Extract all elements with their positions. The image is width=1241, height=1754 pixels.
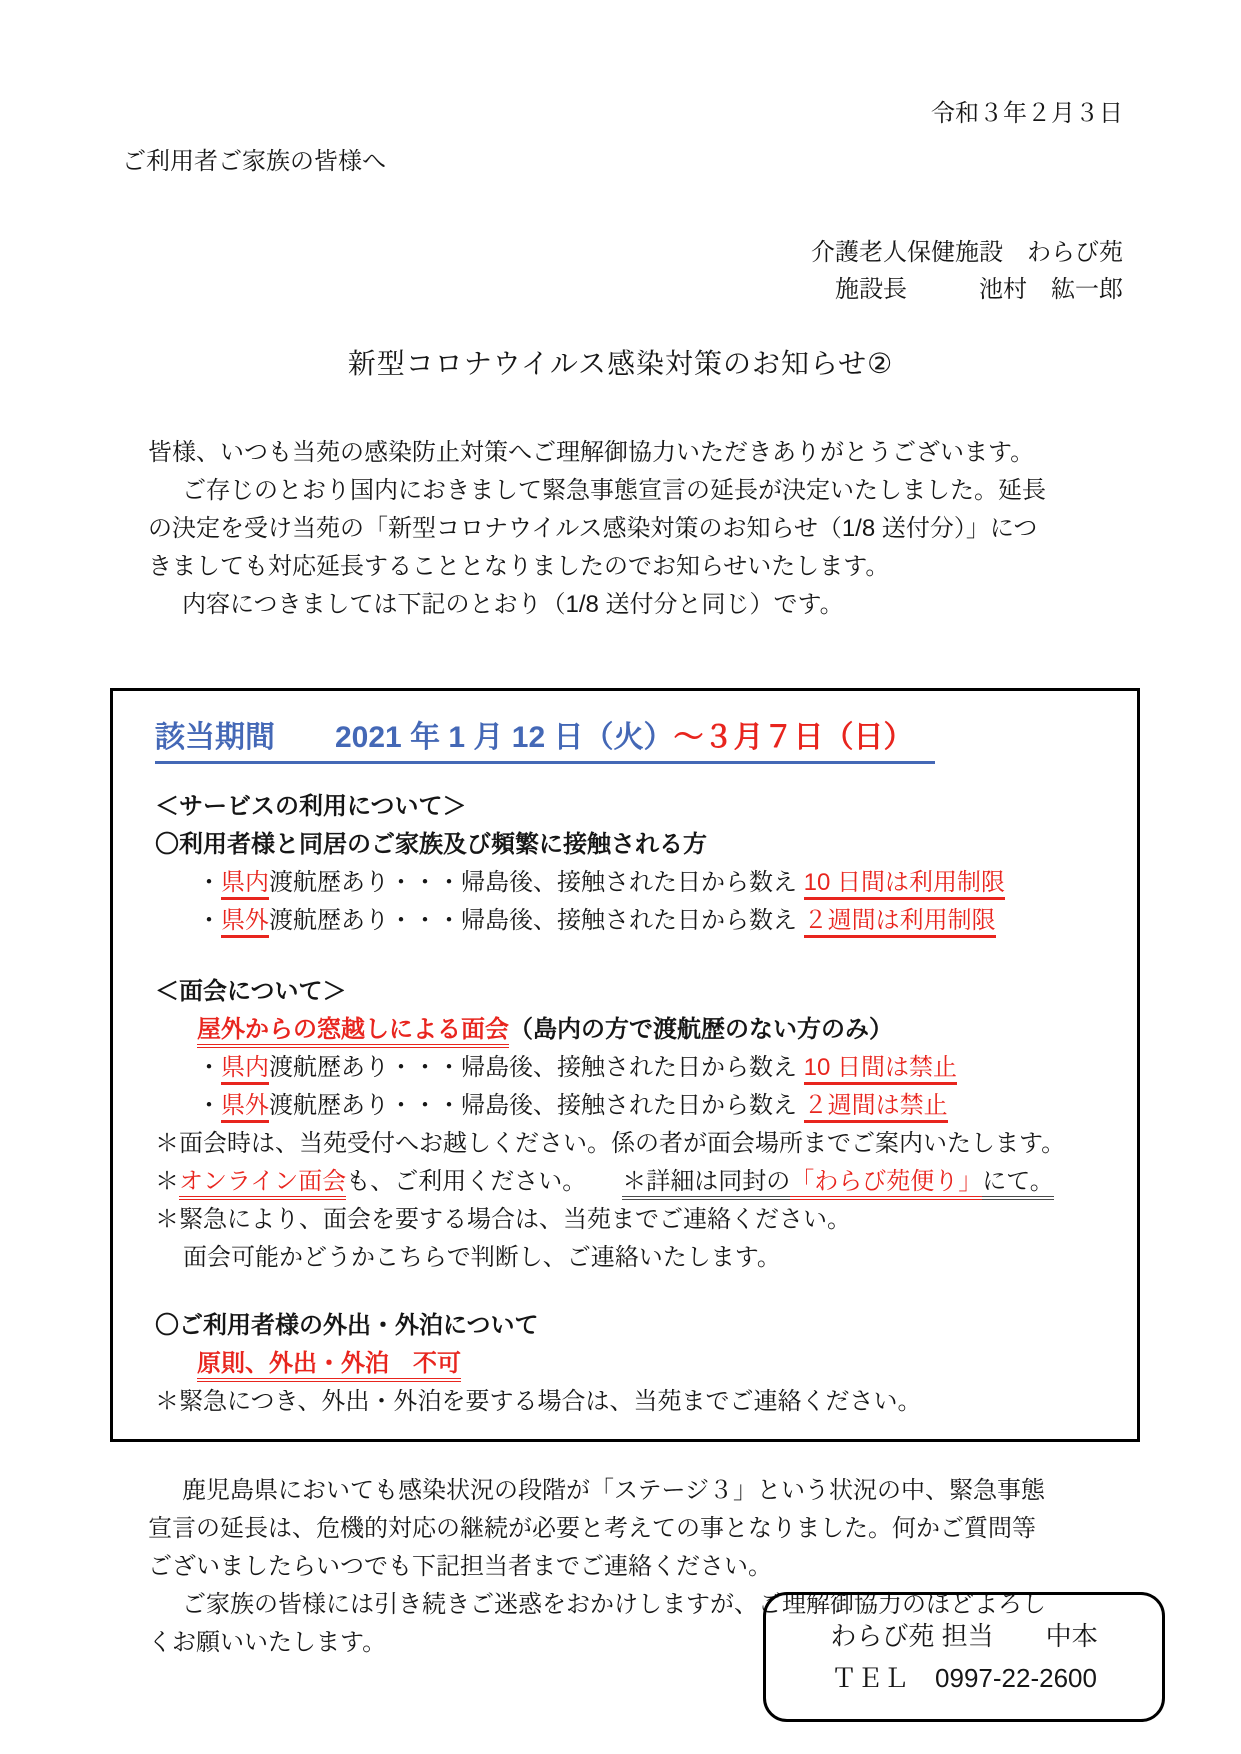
intro-line: ご存じのとおり国内におきまして緊急事態宣言の延長が決定いたしました。延長 bbox=[148, 472, 1141, 510]
salutation: ご利用者ご家族の皆様へ bbox=[122, 146, 1241, 178]
text-segment: ＊ bbox=[155, 1168, 179, 1195]
visit-travel-bullet: ・県内渡航歴あり・・・帰島後、接触された日から数え 10 日間は禁止 bbox=[197, 1049, 1119, 1087]
text-segment: 10 日間は禁止 bbox=[804, 1054, 957, 1085]
visits-section-heading: ＜面会について＞ bbox=[155, 973, 1119, 1011]
intro-line: きましても対応延長することとなりましたのでお知らせいたします。 bbox=[148, 548, 1141, 586]
text-segment: 屋外からの窓越しによる面会 bbox=[197, 1016, 509, 1048]
contact-tel-line: ＴＥＬ 0997-22-2600 bbox=[831, 1657, 1097, 1699]
text-segment: 県外 bbox=[221, 1092, 269, 1123]
visit-note-online: ＊オンライン面会も、ご利用ください。 ＊詳細は同封の「わらび苑便り」にて。 bbox=[155, 1163, 1119, 1201]
text-segment: （島内の方で渡航歴のない方のみ） bbox=[509, 1016, 893, 1043]
applicable-period-text: 該当期間 2021 年 1 月 12 日（火）～３月７日（日） bbox=[155, 719, 935, 764]
notice-box: 該当期間 2021 年 1 月 12 日（火）～３月７日（日） ＜サービスの利用… bbox=[110, 688, 1140, 1442]
text-segment: ・ bbox=[197, 1092, 221, 1119]
contact-person-line: わらび苑 担当 中本 bbox=[830, 1615, 1097, 1657]
document-title: 新型コロナウイルス感染対策のお知らせ② bbox=[0, 342, 1241, 382]
text-segment: ２週間は禁止 bbox=[804, 1092, 948, 1123]
outing-note: ＊緊急につき、外出・外泊を要する場合は、当苑までご連絡ください。 bbox=[155, 1383, 1119, 1421]
text-segment: 「わらび苑便り」 bbox=[790, 1168, 982, 1200]
sender-org: 介護老人保健施設 わらび苑 bbox=[0, 234, 1123, 271]
visit-note-emergency: ＊緊急により、面会を要する場合は、当苑までご連絡ください。 bbox=[155, 1201, 1119, 1239]
text-segment: 渡航歴あり・・・帰島後、接触された日から数え bbox=[269, 1054, 804, 1081]
contact-box: わらび苑 担当 中本 ＴＥＬ 0997-22-2600 bbox=[763, 1592, 1165, 1722]
text-segment: 該当期間 2021 年 1 月 12 日（火） bbox=[155, 721, 673, 754]
text-segment: 県内 bbox=[221, 1054, 269, 1085]
text-segment: ・ bbox=[197, 907, 221, 934]
visit-note-reception: ＊面会時は、当苑受付へお越しください。係の者が面会場所までご案内いたします。 bbox=[155, 1125, 1119, 1163]
intro-paragraph: 皆様、いつも当苑の感染防止対策へご理解御協力いただきありがとうございます。 ご存… bbox=[148, 434, 1141, 624]
text-segment: 渡航歴あり・・・帰島後、接触された日から数え bbox=[269, 907, 804, 934]
closing-line: 宣言の延長は、危機的対応の継続が必要と考えての事となりました。何かご質問等 bbox=[148, 1510, 1141, 1548]
text-segment: ・ bbox=[197, 869, 221, 896]
text-segment: オンライン面会 bbox=[179, 1168, 346, 1200]
sender-person: 施設長 池村 紘一郎 bbox=[0, 271, 1123, 308]
closing-line: 鹿児島県においても感染状況の段階が「ステージ３」という状況の中、緊急事態 bbox=[148, 1472, 1141, 1510]
intro-line: 内容につきましては下記のとおり（1/8 送付分と同じ）です。 bbox=[148, 586, 1141, 624]
visit-travel-bullet: ・県外渡航歴あり・・・帰島後、接触された日から数え ２週間は禁止 bbox=[197, 1087, 1119, 1125]
outing-rule: 原則、外出・外泊 不可 bbox=[197, 1345, 1119, 1383]
service-travel-bullet: ・県内渡航歴あり・・・帰島後、接触された日から数え 10 日間は利用制限 bbox=[197, 864, 1119, 902]
text-segment: ２週間は利用制限 bbox=[804, 907, 996, 938]
text-segment: も、ご利用ください。 bbox=[346, 1168, 622, 1195]
closing-line: ございましたらいつでも下記担当者までご連絡ください。 bbox=[148, 1548, 1141, 1586]
text-segment: ＊詳細は同封の bbox=[622, 1168, 790, 1200]
text-segment: 県外 bbox=[221, 907, 269, 938]
visit-note-emergency-cont: 面会可能かどうかこちらで判断し、ご連絡いたします。 bbox=[183, 1239, 1119, 1277]
text-segment: にて。 bbox=[982, 1168, 1054, 1200]
document-page: 令和３年２月３日 ご利用者ご家族の皆様へ 介護老人保健施設 わらび苑 施設長 池… bbox=[0, 0, 1241, 1754]
service-travel-bullet: ・県外渡航歴あり・・・帰島後、接触された日から数え ２週間は利用制限 bbox=[197, 902, 1119, 940]
text-segment: 原則、外出・外泊 不可 bbox=[197, 1350, 461, 1382]
text-segment: 県内 bbox=[221, 869, 269, 900]
intro-line: の決定を受け当苑の「新型コロナウイルス感染対策のお知らせ（1/8 送付分）」につ bbox=[148, 510, 1141, 548]
sender-block: 介護老人保健施設 わらび苑 施設長 池村 紘一郎 bbox=[0, 234, 1241, 308]
service-subheading: 〇利用者様と同居のご家族及び頻繁に接触される方 bbox=[155, 826, 1119, 864]
applicable-period-line: 該当期間 2021 年 1 月 12 日（火）～３月７日（日） bbox=[155, 719, 1119, 764]
text-segment: 渡航歴あり・・・帰島後、接触された日から数え bbox=[269, 1092, 804, 1119]
service-section-heading: ＜サービスの利用について＞ bbox=[155, 788, 1119, 826]
intro-line: 皆様、いつも当苑の感染防止対策へご理解御協力いただきありがとうございます。 bbox=[148, 434, 1141, 472]
text-segment: 10 日間は利用制限 bbox=[804, 869, 1005, 900]
window-visit-line: 屋外からの窓越しによる面会（島内の方で渡航歴のない方のみ） bbox=[197, 1011, 1119, 1049]
text-segment: ・ bbox=[197, 1054, 221, 1081]
outing-section-heading: 〇ご利用者様の外出・外泊について bbox=[155, 1307, 1119, 1345]
letter-date: 令和３年２月３日 bbox=[0, 0, 1241, 130]
text-segment: 渡航歴あり・・・帰島後、接触された日から数え bbox=[269, 869, 804, 896]
text-segment: ～３月７日（日） bbox=[673, 721, 913, 754]
